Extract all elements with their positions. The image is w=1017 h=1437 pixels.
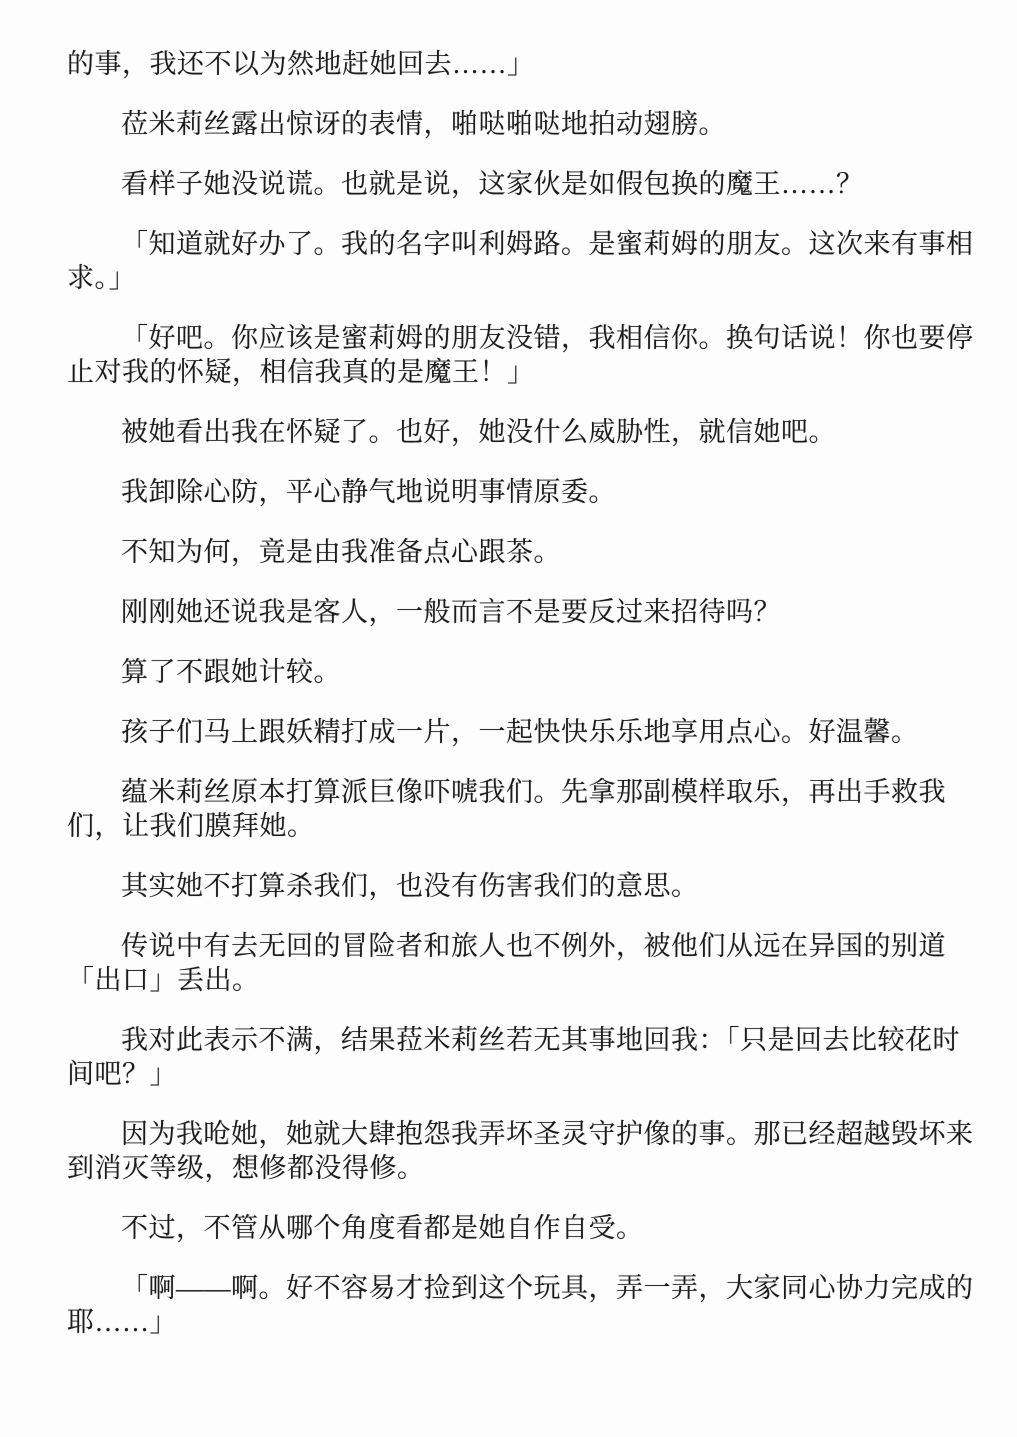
text-line: 其实她不打算杀我们，也没有伤害我们的意思。 bbox=[67, 869, 957, 903]
text-line: 到消灭等级，想修都没得修。 bbox=[67, 1151, 957, 1185]
text-line: 传说中有去无回的冒险者和旅人也不例外，被他们从远在异国的别道 bbox=[67, 929, 957, 963]
paragraph: 不过，不管从哪个角度看都是她自作自受。 bbox=[67, 1211, 957, 1245]
text-line: 莅米莉丝露出惊讶的表情，啪哒啪哒地拍动翅膀。 bbox=[67, 107, 957, 141]
text-line: 求。」 bbox=[67, 261, 957, 295]
text-line: 不过，不管从哪个角度看都是她自作自受。 bbox=[67, 1211, 957, 1245]
text-line: 不知为何，竟是由我准备点心跟茶。 bbox=[67, 535, 957, 569]
paragraph: 看样子她没说谎。也就是说，这家伙是如假包换的魔王……？ bbox=[67, 167, 957, 201]
paragraph: 传说中有去无回的冒险者和旅人也不例外，被他们从远在异国的别道「出口」丢出。 bbox=[67, 929, 957, 997]
paragraph: 的事，我还不以为然地赶她回去……」 bbox=[67, 47, 957, 81]
text-line: 们，让我们膜拜她。 bbox=[67, 809, 957, 843]
text-line: 「知道就好办了。我的名字叫利姆路。是蜜莉姆的朋友。这次来有事相 bbox=[67, 227, 957, 261]
text-line: 刚刚她还说我是客人，一般而言不是要反过来招待吗？ bbox=[67, 595, 957, 629]
document-page: 的事，我还不以为然地赶她回去……」莅米莉丝露出惊讶的表情，啪哒啪哒地拍动翅膀。看… bbox=[0, 0, 1017, 1437]
paragraph: 我卸除心防，平心静气地说明事情原委。 bbox=[67, 475, 957, 509]
text-line: 孩子们马上跟妖精打成一片，一起快快乐乐地享用点心。好温馨。 bbox=[67, 715, 957, 749]
paragraph: 算了不跟她计较。 bbox=[67, 655, 957, 689]
paragraph: 因为我呛她，她就大肆抱怨我弄坏圣灵守护像的事。那已经超越毁坏来到消灭等级，想修都… bbox=[67, 1117, 957, 1185]
paragraph: 不知为何，竟是由我准备点心跟茶。 bbox=[67, 535, 957, 569]
text-line: 蕴米莉丝原本打算派巨像吓唬我们。先拿那副模样取乐，再出手救我 bbox=[67, 775, 957, 809]
text-line: 我卸除心防，平心静气地说明事情原委。 bbox=[67, 475, 957, 509]
text-line: 「啊——啊。好不容易才捡到这个玩具，弄一弄，大家同心协力完成的 bbox=[67, 1271, 957, 1305]
paragraph: 刚刚她还说我是客人，一般而言不是要反过来招待吗？ bbox=[67, 595, 957, 629]
text-line: 「出口」丢出。 bbox=[67, 963, 957, 997]
paragraph: 「好吧。你应该是蜜莉姆的朋友没错，我相信你。换句话说！你也要停止对我的怀疑，相信… bbox=[67, 321, 957, 389]
text-line: 止对我的怀疑，相信我真的是魔王！」 bbox=[67, 355, 957, 389]
text-line: 耶……」 bbox=[67, 1305, 957, 1339]
paragraph: 孩子们马上跟妖精打成一片，一起快快乐乐地享用点心。好温馨。 bbox=[67, 715, 957, 749]
paragraph: 被她看出我在怀疑了。也好，她没什么威胁性，就信她吧。 bbox=[67, 415, 957, 449]
paragraph: 莅米莉丝露出惊讶的表情，啪哒啪哒地拍动翅膀。 bbox=[67, 107, 957, 141]
text-line: 因为我呛她，她就大肆抱怨我弄坏圣灵守护像的事。那已经超越毁坏来 bbox=[67, 1117, 957, 1151]
text-line: 算了不跟她计较。 bbox=[67, 655, 957, 689]
text-line: 「好吧。你应该是蜜莉姆的朋友没错，我相信你。换句话说！你也要停 bbox=[67, 321, 957, 355]
text-line: 的事，我还不以为然地赶她回去……」 bbox=[67, 47, 957, 81]
page-text: 的事，我还不以为然地赶她回去……」莅米莉丝露出惊讶的表情，啪哒啪哒地拍动翅膀。看… bbox=[67, 47, 957, 1339]
text-line: 间吧？」 bbox=[67, 1057, 957, 1091]
text-line: 看样子她没说谎。也就是说，这家伙是如假包换的魔王……？ bbox=[67, 167, 957, 201]
paragraph: 「知道就好办了。我的名字叫利姆路。是蜜莉姆的朋友。这次来有事相求。」 bbox=[67, 227, 957, 295]
text-line: 被她看出我在怀疑了。也好，她没什么威胁性，就信她吧。 bbox=[67, 415, 957, 449]
paragraph: 其实她不打算杀我们，也没有伤害我们的意思。 bbox=[67, 869, 957, 903]
text-line: 我对此表示不满，结果菈米莉丝若无其事地回我：「只是回去比较花时 bbox=[67, 1023, 957, 1057]
paragraph: 「啊——啊。好不容易才捡到这个玩具，弄一弄，大家同心协力完成的耶……」 bbox=[67, 1271, 957, 1339]
paragraph: 我对此表示不满，结果菈米莉丝若无其事地回我：「只是回去比较花时间吧？」 bbox=[67, 1023, 957, 1091]
paragraph: 蕴米莉丝原本打算派巨像吓唬我们。先拿那副模样取乐，再出手救我们，让我们膜拜她。 bbox=[67, 775, 957, 843]
